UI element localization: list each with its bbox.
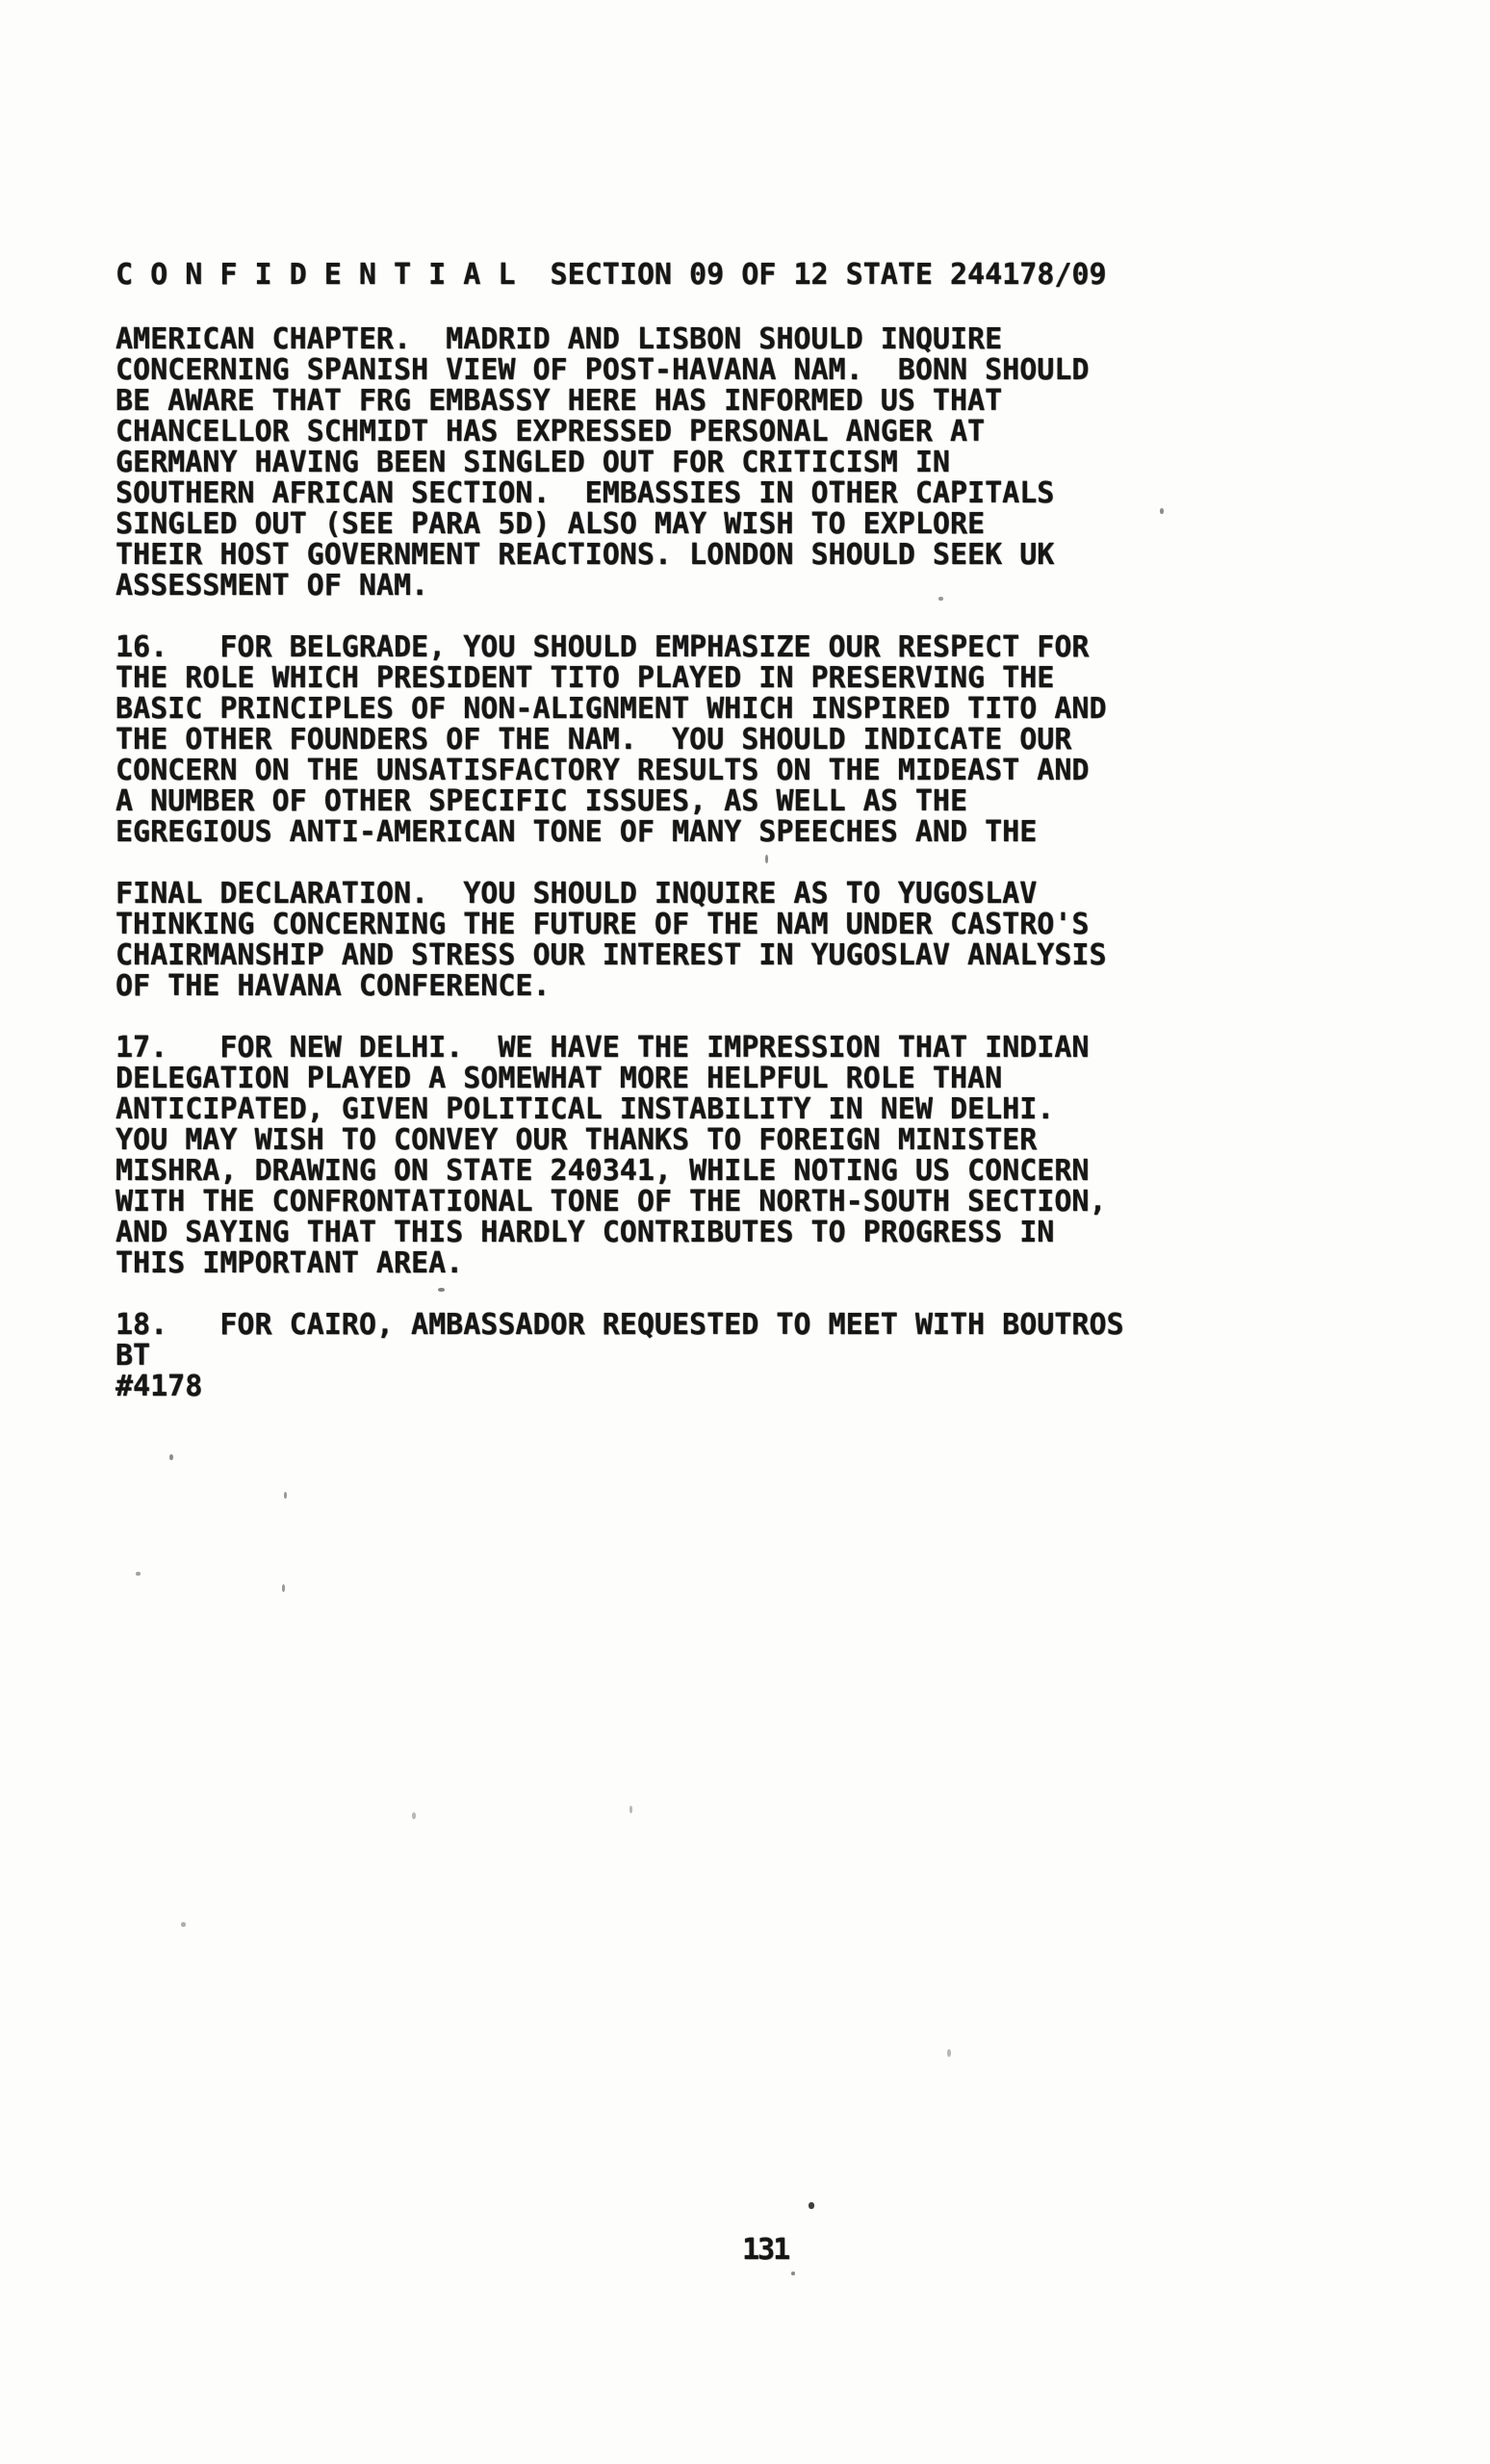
text-line: BASIC PRINCIPLES OF NON-ALIGNMENT WHICH … — [116, 694, 1124, 725]
text-line: ANTICIPATED, GIVEN POLITICAL INSTABILITY… — [116, 1094, 1124, 1125]
text-line: YOU MAY WISH TO CONVEY OUR THANKS TO FOR… — [116, 1125, 1124, 1156]
scan-speck — [947, 2049, 951, 2057]
text-line: 17. FOR NEW DELHI. WE HAVE THE IMPRESSIO… — [116, 1033, 1124, 1064]
scan-speck — [412, 1812, 416, 1819]
paragraph: FINAL DECLARATION. YOU SHOULD INQUIRE AS… — [116, 879, 1124, 1002]
text-line: BT — [116, 1341, 1124, 1372]
text-line: WITH THE CONFRONTATIONAL TONE OF THE NOR… — [116, 1187, 1124, 1218]
text-line: CONCERN ON THE UNSATISFACTORY RESULTS ON… — [116, 756, 1124, 786]
scan-speck — [169, 1454, 173, 1460]
scan-speck — [438, 1288, 445, 1292]
text-line: THEIR HOST GOVERNMENT REACTIONS. LONDON … — [116, 540, 1124, 571]
scanned-cable-page: C O N F I D E N T I A L SECTION 09 OF 12… — [0, 0, 1490, 2464]
scan-speck — [765, 855, 768, 863]
text-line: FINAL DECLARATION. YOU SHOULD INQUIRE AS… — [116, 879, 1124, 910]
scan-speck — [629, 1806, 632, 1813]
text-line: AND SAYING THAT THIS HARDLY CONTRIBUTES … — [116, 1218, 1124, 1248]
text-line: DELEGATION PLAYED A SOMEWHAT MORE HELPFU… — [116, 1064, 1124, 1094]
text-line: THIS IMPORTANT AREA. — [116, 1248, 1124, 1279]
scan-speck — [809, 2202, 814, 2209]
text-line: 16. FOR BELGRADE, YOU SHOULD EMPHASIZE O… — [116, 632, 1124, 663]
paragraph: 16. FOR BELGRADE, YOU SHOULD EMPHASIZE O… — [116, 632, 1124, 848]
scan-speck — [181, 1922, 186, 1927]
text-line: MISHRA, DRAWING ON STATE 240341, WHILE N… — [116, 1156, 1124, 1187]
text-line: SINGLED OUT (SEE PARA 5D) ALSO MAY WISH … — [116, 509, 1124, 540]
scan-speck — [136, 1572, 141, 1576]
text-line: AMERICAN CHAPTER. MADRID AND LISBON SHOU… — [116, 324, 1124, 355]
text-line: CHANCELLOR SCHMIDT HAS EXPRESSED PERSONA… — [116, 417, 1124, 448]
text-line: GERMANY HAVING BEEN SINGLED OUT FOR CRIT… — [116, 448, 1124, 478]
text-line: OF THE HAVANA CONFERENCE. — [116, 971, 1124, 1002]
text-line: THE ROLE WHICH PRESIDENT TITO PLAYED IN … — [116, 663, 1124, 694]
text-line: CONCERNING SPANISH VIEW OF POST-HAVANA N… — [116, 355, 1124, 386]
text-line: BE AWARE THAT FRG EMBASSY HERE HAS INFOR… — [116, 386, 1124, 417]
text-line: SOUTHERN AFRICAN SECTION. EMBASSIES IN O… — [116, 478, 1124, 509]
paragraph: 17. FOR NEW DELHI. WE HAVE THE IMPRESSIO… — [116, 1033, 1124, 1279]
classification-header: C O N F I D E N T I A L SECTION 09 OF 12… — [116, 260, 1124, 291]
paragraph: 18. FOR CAIRO, AMBASSADOR REQUESTED TO M… — [116, 1310, 1124, 1402]
scan-speck — [284, 1492, 287, 1499]
document-body: AMERICAN CHAPTER. MADRID AND LISBON SHOU… — [116, 324, 1124, 1402]
scan-speck — [791, 2271, 795, 2275]
scan-speck — [1160, 508, 1164, 514]
text-line: #4178 — [116, 1372, 1124, 1402]
paragraph: AMERICAN CHAPTER. MADRID AND LISBON SHOU… — [116, 324, 1124, 602]
text-line: THE OTHER FOUNDERS OF THE NAM. YOU SHOUL… — [116, 725, 1124, 756]
text-line: EGREGIOUS ANTI-AMERICAN TONE OF MANY SPE… — [116, 817, 1124, 848]
text-line: THINKING CONCERNING THE FUTURE OF THE NA… — [116, 910, 1124, 940]
page-number: 131 — [742, 2235, 788, 2266]
scan-speck — [938, 597, 943, 601]
text-line: 18. FOR CAIRO, AMBASSADOR REQUESTED TO M… — [116, 1310, 1124, 1341]
document-content: C O N F I D E N T I A L SECTION 09 OF 12… — [116, 260, 1124, 1433]
text-line: A NUMBER OF OTHER SPECIFIC ISSUES, AS WE… — [116, 786, 1124, 817]
text-line: ASSESSMENT OF NAM. — [116, 571, 1124, 602]
text-line: CHAIRMANSHIP AND STRESS OUR INTEREST IN … — [116, 940, 1124, 971]
scan-speck — [282, 1584, 285, 1592]
